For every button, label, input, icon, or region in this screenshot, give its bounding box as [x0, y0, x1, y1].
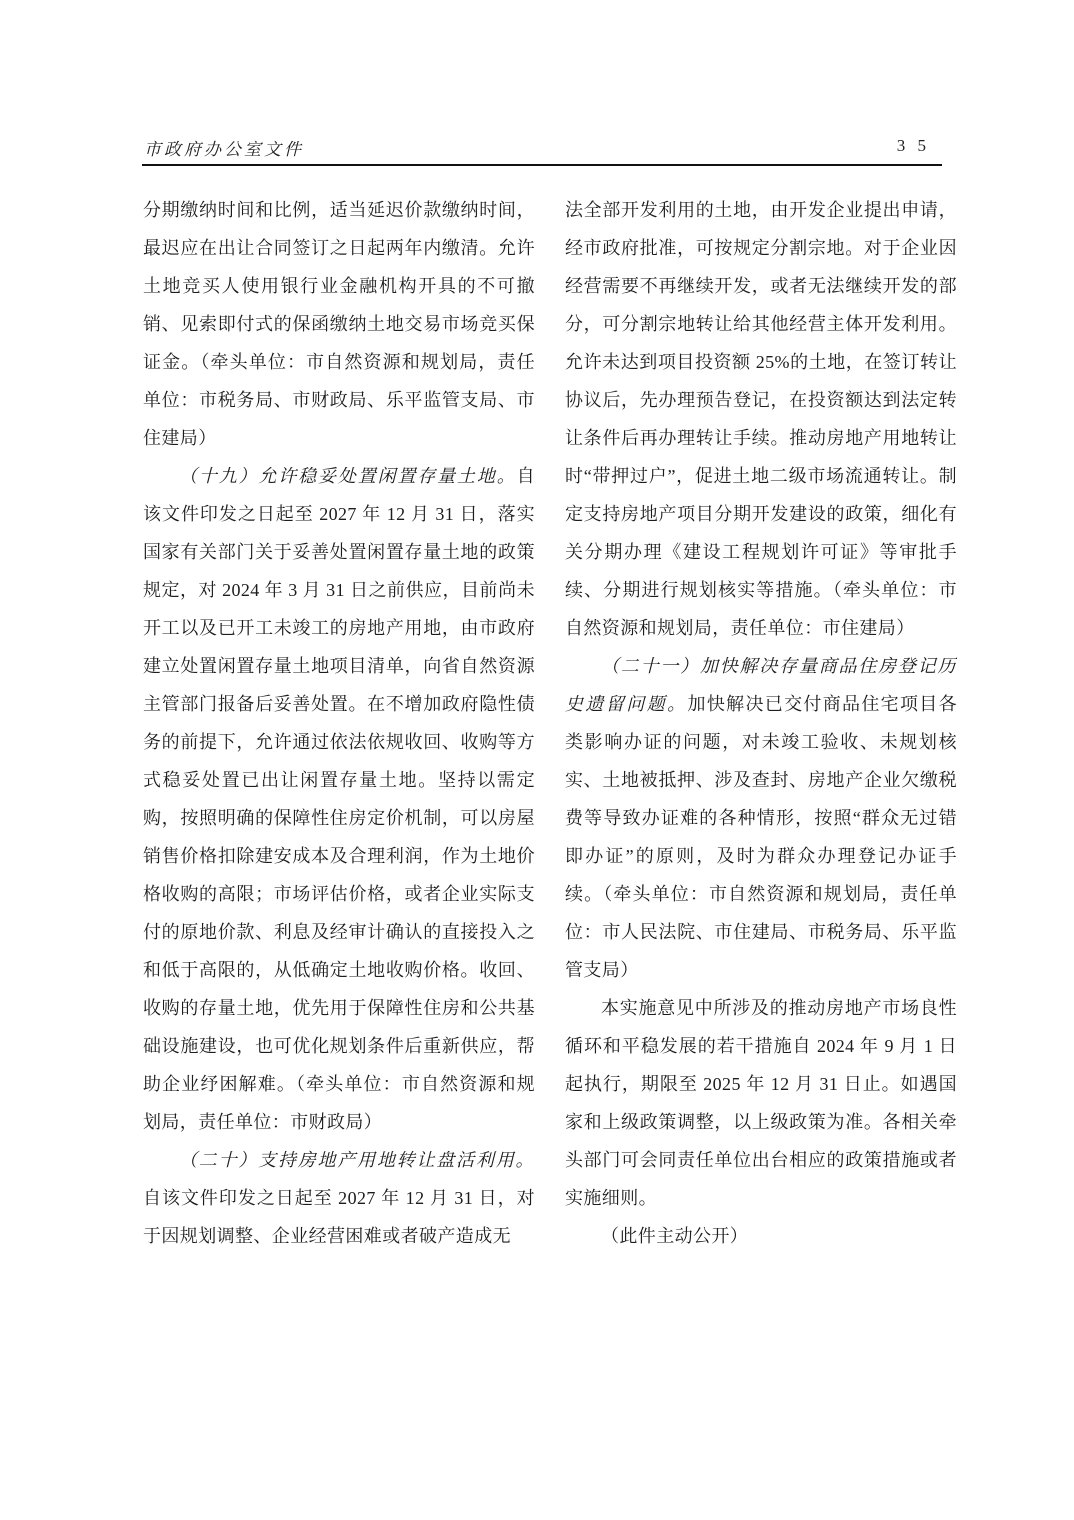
- body-text-run: 法全部开发利用的土地，由开发企业提出申请，经市政府批准，可按规定分割宗地。对于企…: [565, 200, 957, 638]
- body-text-run: 自该文件印发之日起至 2027 年 12 月 31 日，落实国家有关部门关于妥善…: [143, 466, 535, 1132]
- body-text-run: （此件主动公开）: [601, 1226, 748, 1246]
- paragraph-item-21: （二十一）加快解决存量商品住房登记历史遗留问题。加快解决已交付商品住宅项目各类影…: [565, 647, 957, 989]
- paragraph-continuation: 分期缴纳时间和比例，适当延迟价款缴纳时间，最迟应在出让合同签订之日起两年内缴清。…: [143, 191, 535, 457]
- page-number: 3 5: [897, 136, 930, 156]
- paragraph-effective-period: 本实施意见中所涉及的推动房地产市场良性循环和平稳发展的若干措施自 2024 年 …: [565, 989, 957, 1217]
- header-rule-divider: [142, 164, 942, 166]
- left-column: 分期缴纳时间和比例，适当延迟价款缴纳时间，最迟应在出让合同签订之日起两年内缴清。…: [143, 191, 535, 1307]
- right-column: 法全部开发利用的土地，由开发企业提出申请，经市政府批准，可按规定分割宗地。对于企…: [565, 191, 957, 1307]
- document-page: 市政府办公室文件 3 5 分期缴纳时间和比例，适当延迟价款缴纳时间，最迟应在出让…: [0, 0, 1074, 1520]
- body-text-run: 自该文件印发之日起至 2027 年 12 月 31 日，对于因规划调整、企业经营…: [143, 1188, 535, 1246]
- body-text-run: 加快解决已交付商品住宅项目各类影响办证的问题，对未竣工验收、未规划核实、土地被抵…: [565, 694, 957, 980]
- page-header: 市政府办公室文件 3 5: [142, 0, 942, 170]
- paragraph-continuation: 法全部开发利用的土地，由开发企业提出申请，经市政府批准，可按规定分割宗地。对于企…: [565, 191, 957, 647]
- item-heading-run: （二十）支持房地产用地转让盘活利用。: [179, 1150, 535, 1170]
- header-title: 市政府办公室文件: [144, 135, 304, 160]
- body-text-run: 分期缴纳时间和比例，适当延迟价款缴纳时间，最迟应在出让合同签订之日起两年内缴清。…: [143, 200, 535, 448]
- body-columns: 分期缴纳时间和比例，适当延迟价款缴纳时间，最迟应在出让合同签订之日起两年内缴清。…: [143, 191, 957, 1307]
- paragraph-item-19: （十九）允许稳妥处置闲置存量土地。自该文件印发之日起至 2027 年 12 月 …: [143, 457, 535, 1141]
- item-heading-run: （十九）允许稳妥处置闲置存量土地。: [179, 466, 517, 486]
- paragraph-item-20: （二十）支持房地产用地转让盘活利用。自该文件印发之日起至 2027 年 12 月…: [143, 1141, 535, 1255]
- body-text-run: 本实施意见中所涉及的推动房地产市场良性循环和平稳发展的若干措施自 2024 年 …: [565, 998, 957, 1208]
- paragraph-disclosure-note: （此件主动公开）: [565, 1217, 957, 1255]
